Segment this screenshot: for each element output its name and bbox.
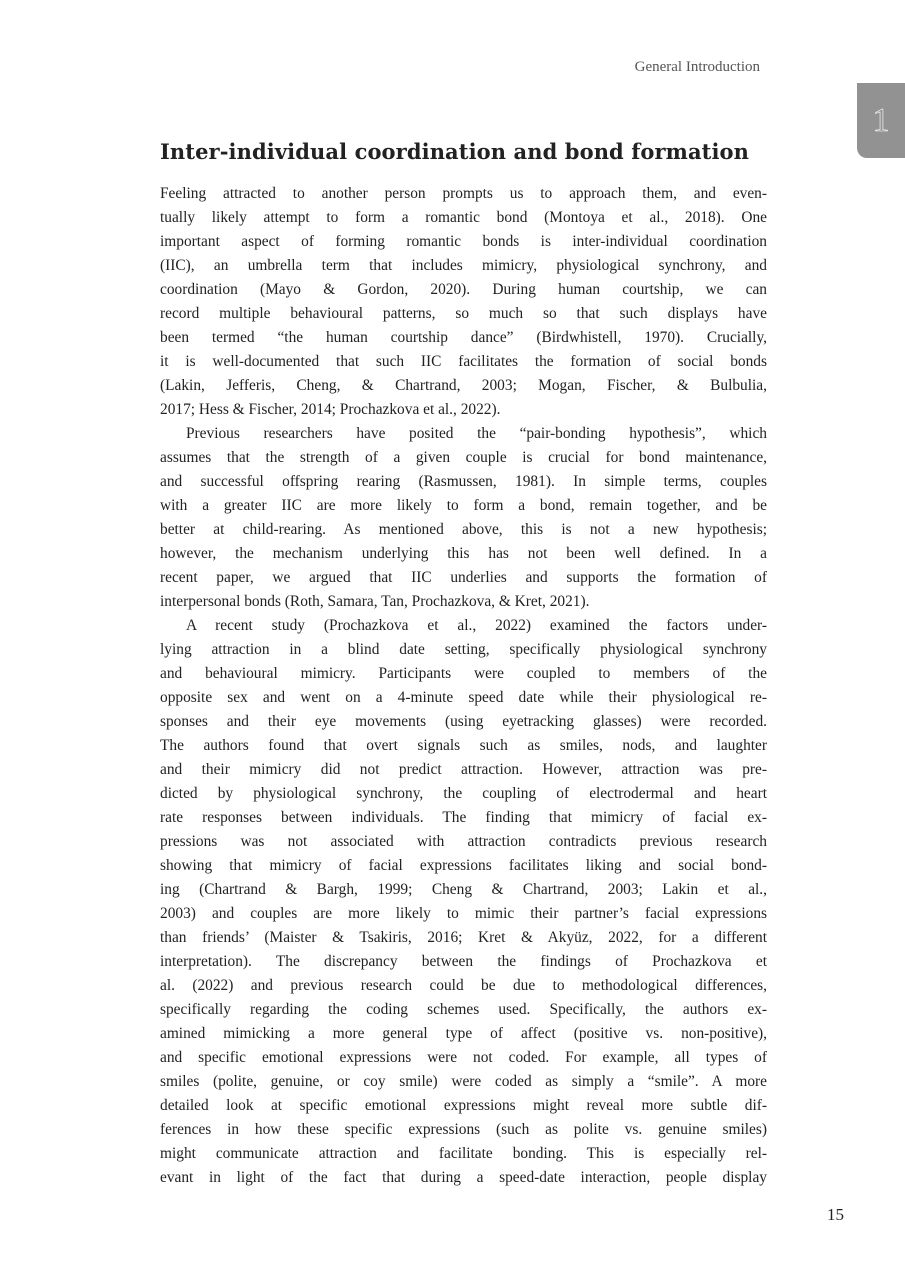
body-text: Feeling attracted to another person prom… [160,182,767,1190]
text-line: and successful offspring rearing (Rasmus… [160,470,767,494]
text-line: coordination (Mayo & Gordon, 2020). Duri… [160,278,767,302]
paragraph: A recent study (Prochazkova et al., 2022… [160,614,767,1190]
text-line: (IIC), an umbrella term that includes mi… [160,254,767,278]
running-head: General Introduction [635,59,760,76]
text-line: interpretation). The discrepancy between… [160,950,767,974]
text-line: sponses and their eye movements (using e… [160,710,767,734]
text-line: important aspect of forming romantic bon… [160,230,767,254]
text-line: and specific emotional expressions were … [160,1046,767,1070]
text-line: with a greater IIC are more likely to fo… [160,494,767,518]
text-line: ing (Chartrand & Bargh, 1999; Cheng & Ch… [160,878,767,902]
text-line: ferences in how these specific expressio… [160,1118,767,1142]
text-line: (Lakin, Jefferis, Cheng, & Chartrand, 20… [160,374,767,398]
page-number: 15 [827,1205,844,1225]
text-line: lying attraction in a blind date setting… [160,638,767,662]
text-line: pressions was not associated with attrac… [160,830,767,854]
text-line: Previous researchers have posited the “p… [160,422,767,446]
text-line: tually likely attempt to form a romantic… [160,206,767,230]
text-line: detailed look at specific emotional expr… [160,1094,767,1118]
text-line: it is well-documented that such IIC faci… [160,350,767,374]
text-line: better at child-rearing. As mentioned ab… [160,518,767,542]
paragraph: Feeling attracted to another person prom… [160,182,767,422]
text-line: The authors found that overt signals suc… [160,734,767,758]
text-line: smiles (polite, genuine, or coy smile) w… [160,1070,767,1094]
text-line: A recent study (Prochazkova et al., 2022… [160,614,767,638]
paragraph: Previous researchers have posited the “p… [160,422,767,614]
text-line: Feeling attracted to another person prom… [160,182,767,206]
text-line: interpersonal bonds (Roth, Samara, Tan, … [160,590,767,614]
text-line: been termed “the human courtship dance” … [160,326,767,350]
text-line: showing that mimicry of facial expressio… [160,854,767,878]
text-line: than friends’ (Maister & Tsakiris, 2016;… [160,926,767,950]
chapter-tab: 1 [857,83,905,158]
text-line: 2017; Hess & Fischer, 2014; Prochazkova … [160,398,767,422]
text-line: evant in light of the fact that during a… [160,1166,767,1190]
text-line: amined mimicking a more general type of … [160,1022,767,1046]
text-line: al. (2022) and previous research could b… [160,974,767,998]
text-line: dicted by physiological synchrony, the c… [160,782,767,806]
text-line: specifically regarding the coding scheme… [160,998,767,1022]
text-line: recent paper, we argued that IIC underli… [160,566,767,590]
text-line: opposite sex and went on a 4-minute spee… [160,686,767,710]
text-line: however, the mechanism underlying this h… [160,542,767,566]
text-line: assumes that the strength of a given cou… [160,446,767,470]
text-line: rate responses between individuals. The … [160,806,767,830]
text-line: might communicate attraction and facilit… [160,1142,767,1166]
text-line: 2003) and couples are more likely to mim… [160,902,767,926]
chapter-number: 1 [873,102,890,140]
text-line: record multiple behavioural patterns, so… [160,302,767,326]
text-line: and their mimicry did not predict attrac… [160,758,767,782]
section-title: Inter-individual coordination and bond f… [160,139,749,164]
text-line: and behavioural mimicry. Participants we… [160,662,767,686]
